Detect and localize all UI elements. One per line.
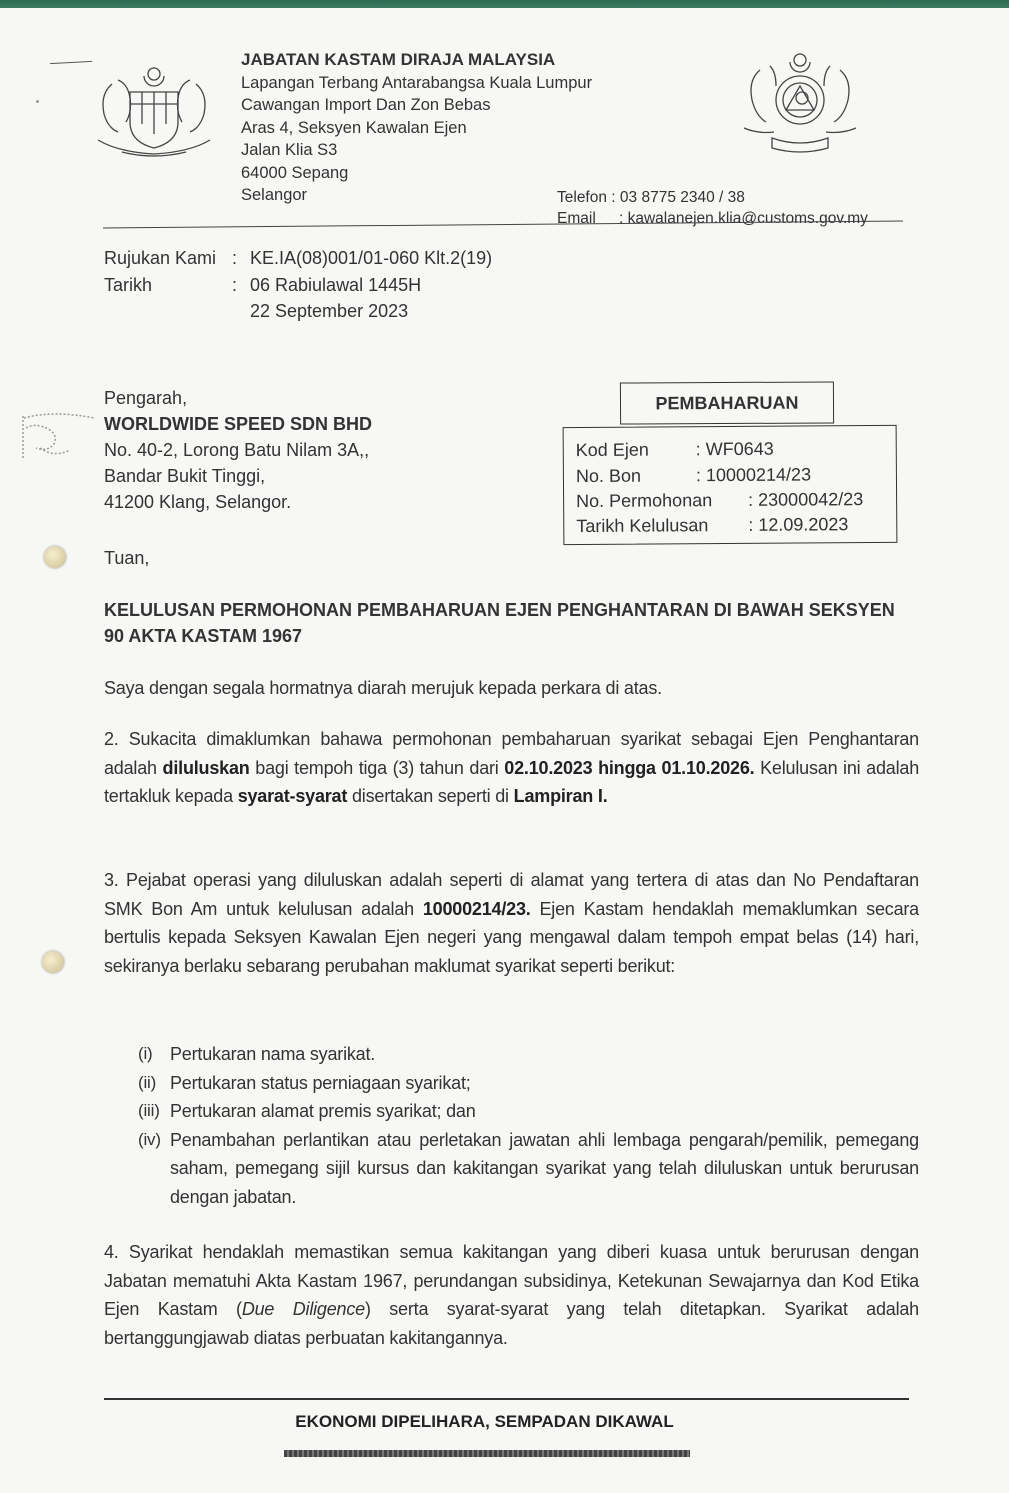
- agency-name: JABATAN KASTAM DIRAJA MALAYSIA: [241, 49, 592, 72]
- renewal-label-box: PEMBAHARUAN: [620, 381, 834, 424]
- recipient-title: Pengarah,: [104, 385, 372, 411]
- phone-label: Telefon: [557, 189, 607, 206]
- footer-divider: [104, 1398, 909, 1400]
- address-line: Jalan Klia S3: [241, 139, 592, 162]
- letter-subject: KELULUSAN PERMOHONAN PEMBAHARUAN EJEN PE…: [104, 597, 904, 649]
- royal-customs-emblem-icon: [740, 48, 860, 156]
- p3-bond-number: 10000214/23.: [423, 899, 531, 919]
- list-num: (ii): [138, 1069, 170, 1098]
- email-label: Email: [557, 208, 619, 229]
- info-key: Kod Ejen: [576, 439, 696, 461]
- p2-period: 02.10.2023 hingga 01.10.2026.: [504, 758, 754, 778]
- date-label: Tarikh: [104, 272, 232, 299]
- punch-hole: [44, 546, 66, 568]
- reference-block: Rujukan Kami:KE.IA(08)001/01-060 Klt.2(1…: [104, 245, 492, 325]
- approval-info-box: Kod Ejen: WF0643 No. Bon: 10000214/23 No…: [563, 425, 898, 545]
- info-value: : 10000214/23: [696, 464, 811, 485]
- paragraph-3: 3. Pejabat operasi yang diluluskan adala…: [104, 866, 919, 980]
- address-line: Aras 4, Seksyen Kawalan Ejen: [241, 117, 592, 140]
- info-key: No. Bon: [576, 465, 696, 487]
- list-num: (iv): [138, 1126, 170, 1212]
- info-key: No. Permohonan: [576, 490, 748, 512]
- footer-bar: [284, 1450, 690, 1457]
- list-text: Pertukaran alamat premis syarikat; dan: [170, 1097, 919, 1126]
- change-list: (i)Pertukaran nama syarikat. (ii)Pertuka…: [138, 1040, 919, 1211]
- recipient-address-line: No. 40-2, Lorong Batu Nilam 3A,,: [104, 437, 372, 463]
- info-value: : 23000042/23: [748, 489, 863, 510]
- punch-hole: [42, 951, 64, 973]
- p4-due-diligence: Due Diligence: [242, 1299, 365, 1319]
- info-value: : WF0643: [696, 439, 774, 460]
- address-line: Selangor: [241, 184, 592, 207]
- p2-approved: diluluskan: [163, 758, 250, 778]
- address-line: 64000 Sepang: [241, 162, 592, 185]
- list-item: (iii)Pertukaran alamat premis syarikat; …: [138, 1097, 919, 1126]
- gregorian-date: 22 September 2023: [250, 298, 408, 325]
- address-line: Lapangan Terbang Antarabangsa Kuala Lump…: [241, 72, 592, 95]
- ref-value: KE.IA(08)001/01-060 Klt.2(19): [250, 245, 492, 272]
- salutation: Tuan,: [104, 548, 149, 569]
- paper-speck: [36, 100, 39, 103]
- p2-text: disertakan seperti di: [347, 786, 514, 806]
- paragraph-4: 4. Syarikat hendaklah memastikan semua k…: [104, 1238, 919, 1352]
- list-num: (i): [138, 1040, 170, 1069]
- paragraph-2: 2. Sukacita dimaklumkan bahawa permohona…: [104, 725, 919, 811]
- pen-mark: [50, 61, 92, 64]
- p2-appendix: Lampiran I.: [514, 786, 608, 806]
- malaysia-coat-of-arms-icon: [92, 64, 216, 164]
- paragraph-1: Saya dengan segala hormatnya diarah meru…: [104, 674, 919, 703]
- top-green-band: [0, 0, 1009, 8]
- list-text: Penambahan perlantikan atau perletakan j…: [170, 1126, 919, 1212]
- info-value: : 12.09.2023: [748, 514, 848, 535]
- recipient-address: Pengarah, WORLDWIDE SPEED SDN BHD No. 40…: [104, 385, 372, 515]
- address-line: Cawangan Import Dan Zon Bebas: [241, 94, 592, 117]
- p2-text: bagi tempoh tiga (3) tahun dari: [250, 758, 505, 778]
- list-num: (iii): [138, 1097, 170, 1126]
- info-key: Tarikh Kelulusan: [576, 515, 748, 537]
- email-value[interactable]: : kawalanejen.klia@customs.gov.my: [619, 210, 868, 227]
- motto-text: EKONOMI DIPELIHARA, SEMPADAN DIKAWAL: [295, 1412, 673, 1431]
- footer-motto: EKONOMI DIPELIHARA, SEMPADAN DIKAWAL: [0, 1412, 1009, 1432]
- received-stamp-icon: [20, 408, 98, 468]
- list-text: Pertukaran status perniagaan syarikat;: [170, 1069, 919, 1098]
- p2-conditions: syarat-syarat: [238, 786, 347, 806]
- list-item: (ii)Pertukaran status perniagaan syarika…: [138, 1069, 919, 1098]
- recipient-company: WORLDWIDE SPEED SDN BHD: [104, 411, 372, 437]
- list-item: (iv)Penambahan perlantikan atau perletak…: [138, 1126, 919, 1212]
- hijri-date: 06 Rabiulawal 1445H: [250, 272, 421, 299]
- letterhead: JABATAN KASTAM DIRAJA MALAYSIA Lapangan …: [241, 49, 592, 207]
- ref-label: Rujukan Kami: [104, 245, 232, 272]
- phone-value: : 03 8775 2340 / 38: [611, 189, 745, 206]
- recipient-address-line: Bandar Bukit Tinggi,: [104, 463, 372, 489]
- recipient-address-line: 41200 Klang, Selangor.: [104, 489, 372, 515]
- list-text: Pertukaran nama syarikat.: [170, 1040, 919, 1069]
- list-item: (i)Pertukaran nama syarikat.: [138, 1040, 919, 1069]
